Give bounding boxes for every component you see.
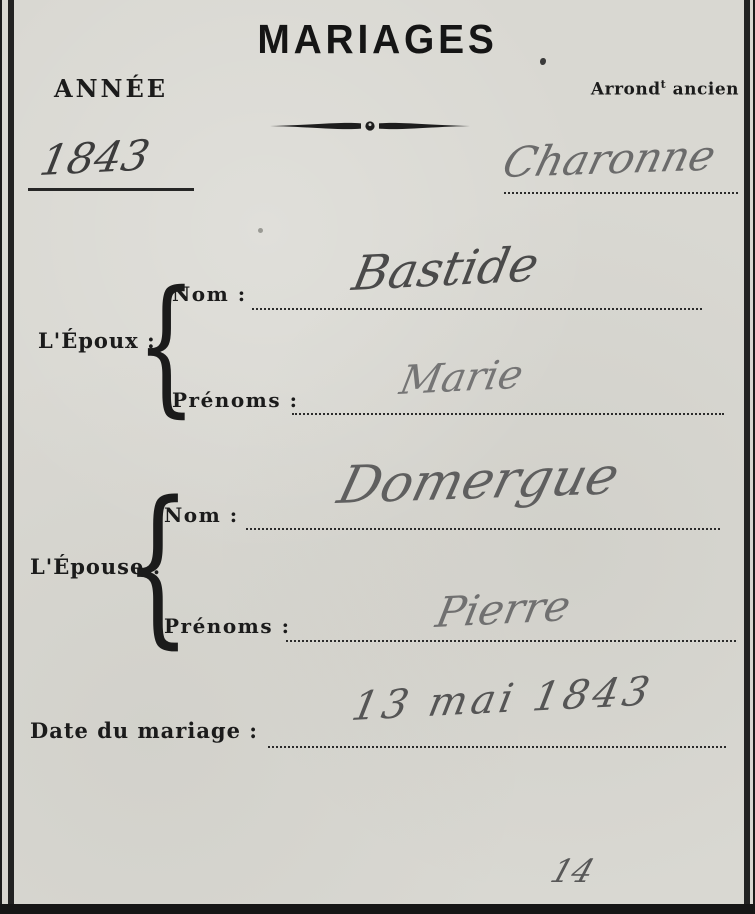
date-handwritten: 13 mai 1843	[348, 669, 657, 730]
arrond-rest: ancien	[666, 80, 739, 100]
epouse-prenoms-line	[286, 640, 736, 642]
year-underline	[28, 188, 194, 191]
left-border-thick	[8, 0, 14, 914]
epouse-label: L'Épouse :	[30, 554, 161, 579]
paper-speck	[258, 228, 263, 233]
epoux-nom-line	[252, 308, 702, 310]
page-title: MARIAGES	[19, 16, 736, 63]
annee-label: ANNÉE	[54, 74, 168, 103]
ink-speck	[540, 58, 546, 65]
date-mariage-label: Date du mariage :	[30, 718, 258, 743]
date-line	[268, 746, 726, 748]
arrond-base: Arrond	[591, 80, 661, 100]
epouse-nom-handwritten: Domergue	[332, 446, 625, 516]
epoux-prenoms-line	[292, 413, 724, 415]
page-number-handwritten: 14	[546, 852, 599, 890]
epouse-prenoms-handwritten: Pierre	[432, 581, 575, 637]
epoux-prenoms-handwritten: Marie	[396, 352, 527, 404]
arrondissement-label: Arrondt ancien	[591, 78, 739, 100]
bottom-border	[0, 904, 755, 914]
ornament-divider	[268, 118, 472, 138]
epouse-prenoms-label: Prénoms :	[164, 614, 290, 638]
epouse-nom-label: Nom :	[164, 503, 239, 527]
epoux-prenoms-label: Prénoms :	[172, 388, 298, 412]
epoux-nom-label: Nom :	[172, 282, 247, 306]
epoux-nom-handwritten: Bastide	[348, 237, 543, 302]
district-underline	[504, 192, 738, 194]
epouse-nom-line	[246, 528, 720, 530]
year-handwritten: 1843	[36, 130, 154, 185]
epoux-label: L'Époux :	[38, 328, 156, 353]
left-border-thin	[0, 0, 2, 914]
marriage-record-card: MARIAGES ANNÉE Arrondt ancien 1843 Charo…	[0, 0, 755, 914]
right-border-thick	[744, 0, 750, 914]
district-handwritten: Charonne	[498, 131, 721, 187]
